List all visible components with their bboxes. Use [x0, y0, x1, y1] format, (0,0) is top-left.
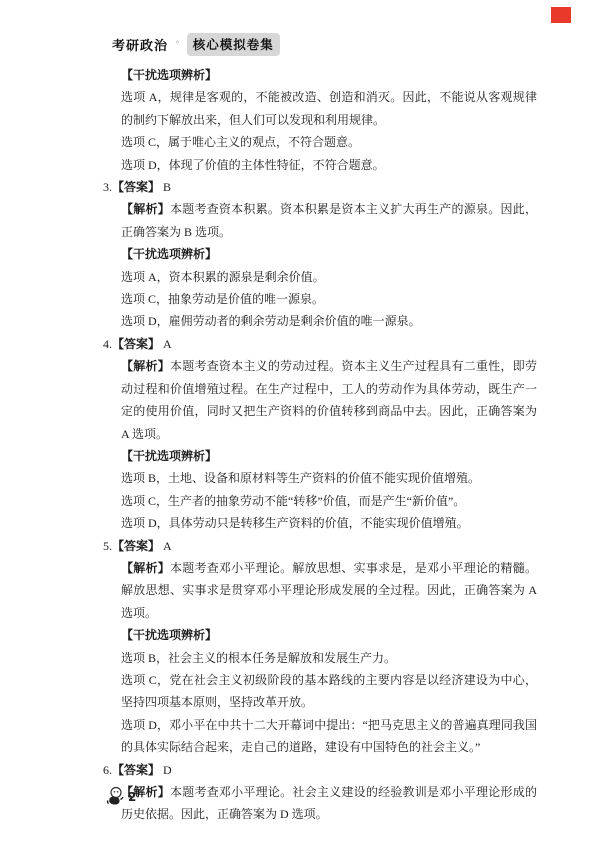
answer-value: A: [163, 337, 172, 351]
answer-line: 5.【答案】A: [121, 535, 537, 557]
option-paragraph: 选项 A，资本积累的源泉是剩余价值。: [121, 266, 537, 288]
option-paragraph: 选项 D，雇佣劳动者的剩余劳动是剩余价值的唯一源泉。: [121, 310, 537, 332]
item-number: 4.: [103, 337, 112, 351]
item-number: 5.: [103, 539, 112, 553]
analysis-text: 本题考查资本主义的劳动过程。资本主义生产过程具有二重性，即劳动过程和价值增殖过程…: [121, 359, 537, 440]
analysis-paragraph: 【解析】本题考查资本积累。资本积累是资本主义扩大再生产的源泉。因此，正确答案为 …: [121, 198, 537, 243]
analysis-label: 【解析】: [121, 359, 170, 373]
dot-separator-icon: ◦: [175, 39, 180, 47]
item-number: 3.: [103, 180, 112, 194]
option-paragraph: 选项 D，邓小平在中共十二大开幕词中提出：“把马克思主义的普遍真理同我国的具体实…: [121, 714, 537, 759]
answer-label: 【答案】: [112, 180, 160, 194]
option-paragraph: 选项 B，土地、设备和原材料等生产资料的价值不能实现价值增殖。: [121, 467, 537, 489]
content-blocks: 【干扰选项辨析】选项 A，规律是客观的，不能被改造、创造和消灭。因此，不能说从客…: [121, 64, 537, 826]
option-paragraph: 选项 A，规律是客观的，不能被改造、创造和消灭。因此，不能说从客观规律的制约下解…: [121, 86, 537, 131]
answer-line: 6.【答案】D: [121, 759, 537, 781]
analysis-text: 本题考查资本积累。资本积累是资本主义扩大再生产的源泉。因此，正确答案为 B 选项…: [121, 202, 537, 238]
section-subhead: 【干扰选项辨析】: [121, 445, 537, 467]
answer-label: 【答案】: [112, 763, 160, 777]
analysis-label: 【解析】: [121, 561, 170, 575]
option-paragraph: 选项 D，体现了价值的主体性特征，不符合题意。: [121, 154, 537, 176]
analysis-text: 本题考查邓小平理论。社会主义建设的经验教训是邓小平理论形成的历史依据。因此，正确…: [121, 785, 537, 821]
analysis-paragraph: 【解析】本题考查邓小平理论。解放思想、实事求是，是邓小平理论的精髓。解放思想、实…: [121, 557, 537, 624]
answer-line: 4.【答案】A: [121, 333, 537, 355]
section-subhead: 【干扰选项辨析】: [121, 624, 537, 646]
red-corner-marker: [551, 7, 571, 23]
answer-label: 【答案】: [112, 337, 160, 351]
option-paragraph: 选项 C，生产者的抽象劳动不能“转移”价值，而是产生“新价值”。: [121, 490, 537, 512]
page-number: 2: [128, 790, 136, 806]
answer-value: A: [163, 539, 172, 553]
page-header: 考研政治 ◦ 核心模拟卷集: [112, 33, 280, 56]
analysis-label: 【解析】: [121, 202, 170, 216]
answer-value: B: [163, 180, 171, 194]
analysis-text: 本题考查邓小平理论。解放思想、实事求是，是邓小平理论的精髓。解放思想、实事求是贯…: [121, 561, 537, 620]
option-paragraph: 选项 C，党在社会主义初级阶段的基本路线的主要内容是以经济建设为中心，坚持四项基…: [121, 669, 537, 714]
answer-value: D: [163, 763, 172, 777]
option-paragraph: 选项 C，抽象劳动是价值的唯一源泉。: [121, 288, 537, 310]
item-number: 6.: [103, 763, 112, 777]
option-paragraph: 选项 C，属于唯心主义的观点，不符合题意。: [121, 131, 537, 153]
page-footer: 2: [106, 786, 136, 806]
analysis-paragraph: 【解析】本题考查邓小平理论。社会主义建设的经验教训是邓小平理论形成的历史依据。因…: [121, 781, 537, 826]
answer-line: 3.【答案】B: [121, 176, 537, 198]
option-paragraph: 选项 B，社会主义的根本任务是解放和发展生产力。: [121, 647, 537, 669]
series-badge: 核心模拟卷集: [187, 33, 280, 56]
analysis-paragraph: 【解析】本题考查资本主义的劳动过程。资本主义生产过程具有二重性，即劳动过程和价值…: [121, 355, 537, 445]
mascot-icon: [106, 786, 125, 806]
brand-title: 考研政治: [112, 35, 168, 54]
section-subhead: 【干扰选项辨析】: [121, 64, 537, 86]
answer-label: 【答案】: [112, 539, 160, 553]
section-subhead: 【干扰选项辨析】: [121, 243, 537, 265]
option-paragraph: 选项 D，具体劳动只是转移生产资料的价值，不能实现价值增殖。: [121, 512, 537, 534]
